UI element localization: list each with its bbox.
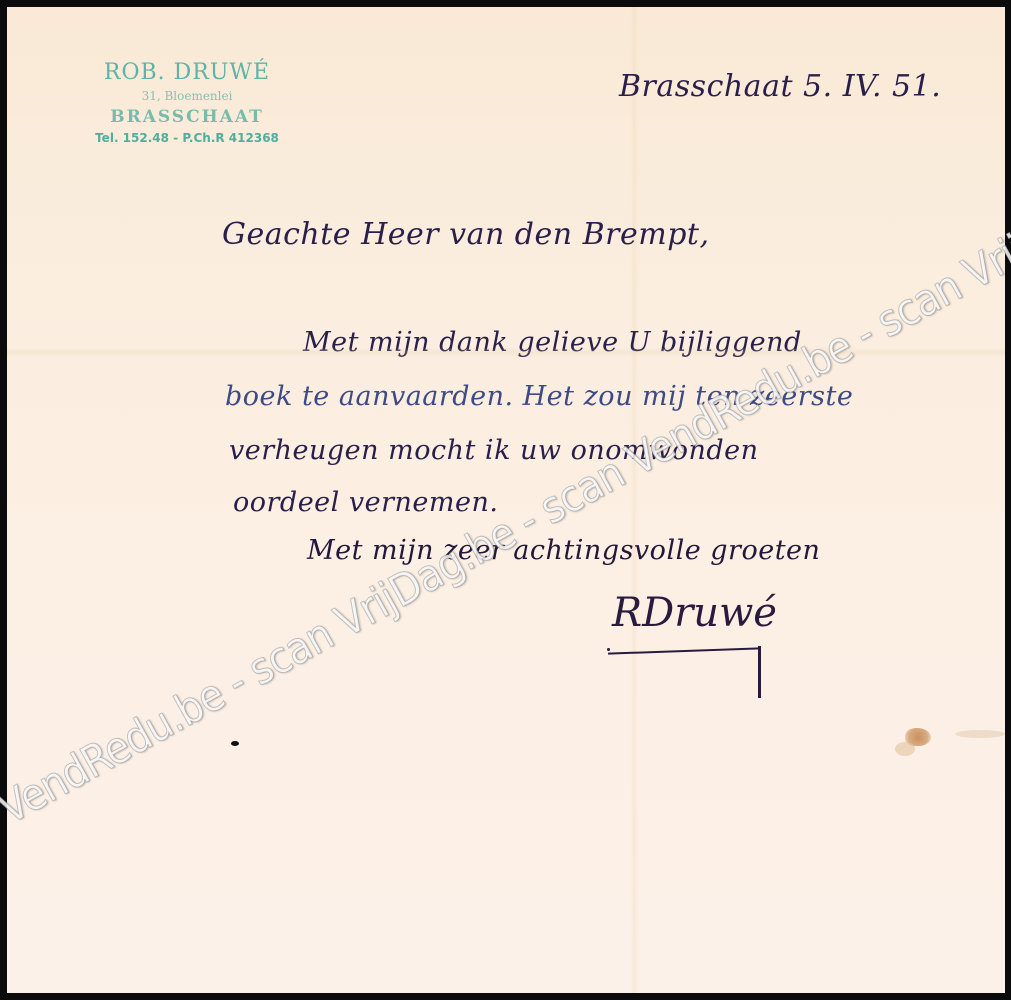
body-line: boek te aanvaarden. Het zou mij ten zeer… xyxy=(225,381,853,412)
signature-flourish xyxy=(758,646,761,698)
letterhead-address: 31, Bloemenlei xyxy=(67,87,307,105)
letter-paper: ROB. DRUWÉ 31, Bloemenlei BRASSCHAAT Tel… xyxy=(7,7,1005,993)
letterhead-telephone: Tel. 152.48 - P.Ch.R 412368 xyxy=(67,129,307,147)
ink-spot xyxy=(231,741,239,746)
letterhead-stamp: ROB. DRUWÉ 31, Bloemenlei BRASSCHAAT Tel… xyxy=(67,59,307,147)
paper-smear xyxy=(955,730,1005,738)
body-line: oordeel vernemen. xyxy=(233,487,498,518)
body-line: Met mijn dank gelieve U bijliggend xyxy=(303,327,802,358)
letterhead-city: BRASSCHAAT xyxy=(67,105,307,129)
letterhead-name: ROB. DRUWÉ xyxy=(67,59,307,87)
signature: RDruwé xyxy=(612,590,777,636)
closing-line: Met mijn zeer achtingsvolle groeten xyxy=(307,535,820,566)
paper-stain-faint xyxy=(895,742,915,756)
signature-dot xyxy=(607,648,610,651)
place-date: Brasschaat 5. IV. 51. xyxy=(619,69,941,104)
salutation: Geachte Heer van den Brempt, xyxy=(222,217,710,252)
body-line: verheugen mocht ik uw onomwonden xyxy=(229,435,759,466)
